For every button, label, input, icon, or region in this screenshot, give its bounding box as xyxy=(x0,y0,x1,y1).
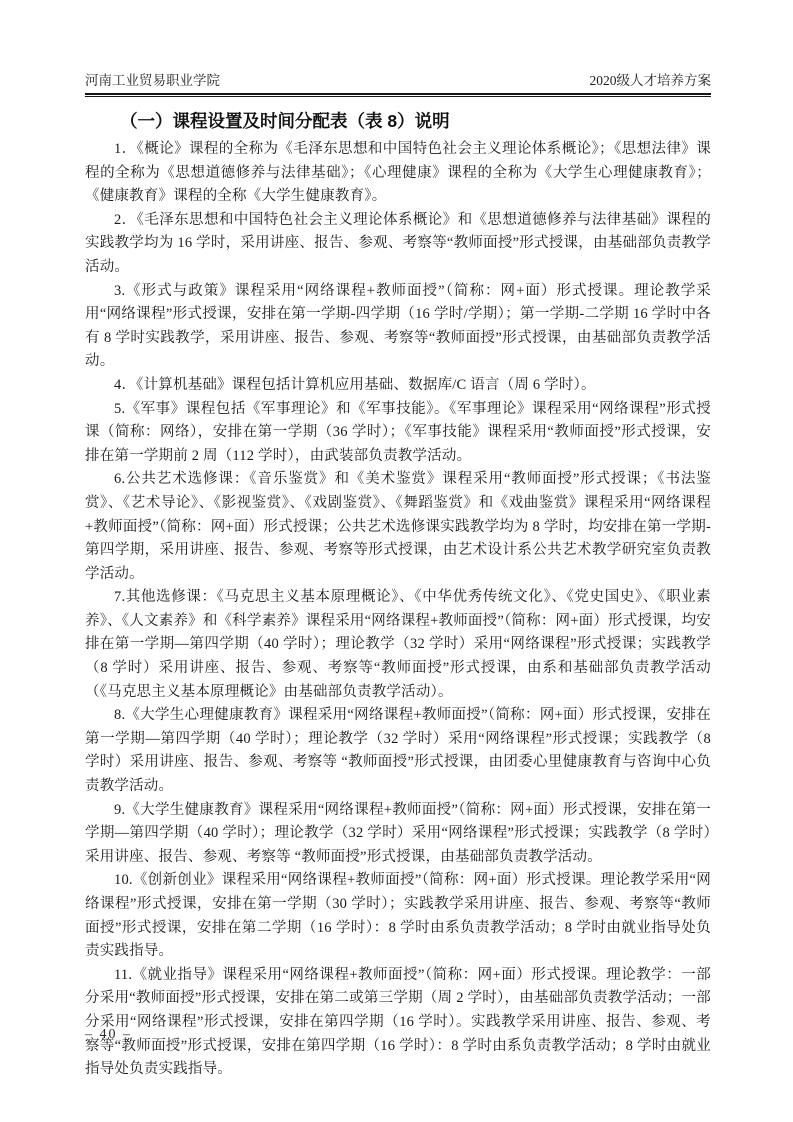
paragraph-10: 10.《创新创业》课程采用“网络课程+教师面授”（简称：网+面）形式授课。理论教… xyxy=(85,869,711,963)
header-school-name: 河南工业贸易职业学院 xyxy=(85,72,220,89)
paragraph-1: 1．《概论》课程的全称为《毛泽东思想和中国特色社会主义理论体系概论》；《思想法律… xyxy=(85,138,711,209)
paragraph-4: 4．《计算机基础》课程包括计算机应用基础、数据库/C 语言（周 6 学时）。 xyxy=(85,374,711,398)
section-title: （一）课程设置及时间分配表（表 8）说明 xyxy=(85,109,711,133)
paragraph-6: 6.公共艺术选修课：《音乐鉴赏》和《美术鉴赏》课程采用“教师面授”形式授课；《书… xyxy=(85,468,711,586)
paragraph-7: 7.其他选修课：《马克思主义基本原理概论》、《中华优秀传统文化》、《党史国史》、… xyxy=(85,586,711,704)
page-header: 河南工业贸易职业学院 2020级人才培养方案 xyxy=(85,72,711,93)
document-page: 河南工业贸易职业学院 2020级人才培养方案 （一）课程设置及时间分配表（表 8… xyxy=(0,0,793,1122)
page-number: – 40 – xyxy=(85,1027,132,1043)
paragraph-3: 3.《形式与政策》课程采用“网络课程+教师面授”（简称：网+面）形式授课。理论教… xyxy=(85,280,711,374)
paragraph-9: 9.《大学生健康教育》课程采用“网络课程+教师面授”（简称：网+面）形式授课，安… xyxy=(85,799,711,870)
header-double-rule xyxy=(85,93,711,97)
paragraph-11: 11.《就业指导》课程采用“网络课程+教师面授”（简称：网+面）形式授课。理论教… xyxy=(85,964,711,1082)
paragraph-5: 5.《军事》课程包括《军事理论》和《军事技能》。《军事理论》课程采用“网络课程”… xyxy=(85,398,711,469)
paragraph-2: 2．《毛泽东思想和中国特色社会主义理论体系概论》和《思想道德修养与法律基础》课程… xyxy=(85,209,711,280)
header-doc-name: 2020级人才培养方案 xyxy=(590,72,712,89)
page-content-area: 河南工业贸易职业学院 2020级人才培养方案 （一）课程设置及时间分配表（表 8… xyxy=(85,0,711,1082)
body-text: 1．《概论》课程的全称为《毛泽东思想和中国特色社会主义理论体系概论》；《思想法律… xyxy=(85,138,711,1082)
paragraph-8: 8.《大学生心理健康教育》课程采用“网络课程+教师面授”（简称：网+面）形式授课… xyxy=(85,704,711,798)
